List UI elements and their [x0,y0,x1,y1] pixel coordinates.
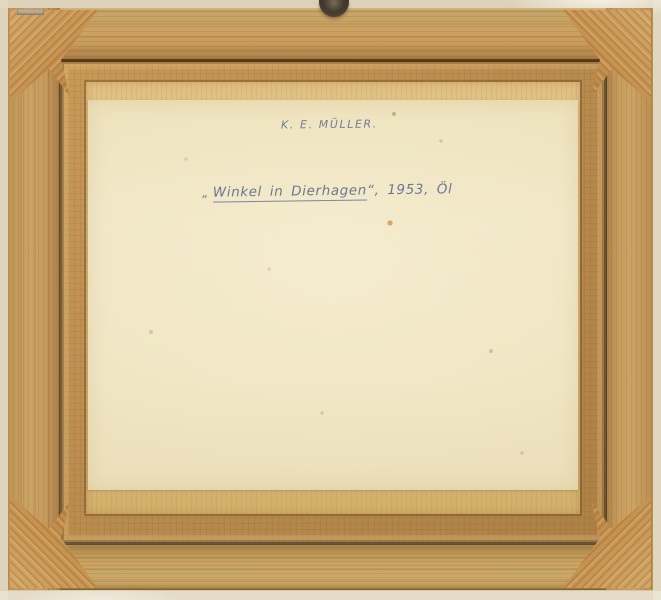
inscription-artist: K. E. MÜLLER. [281,117,378,131]
outer-frame-bottom-bar [8,544,653,590]
inscription-title-line: „Winkel in Dierhagen“, 1953, Öl [202,181,453,200]
artwork-title: Winkel in Dierhagen [213,182,367,202]
hinge-plate [17,9,44,15]
title-suffix: “, 1953, Öl [367,181,453,198]
painting-back-photo: K. E. MÜLLER. „Winkel in Dierhagen“, 195… [0,0,661,600]
age-spots [88,100,90,102]
backing-paper: K. E. MÜLLER. „Winkel in Dierhagen“, 195… [88,100,578,490]
open-quote: „ [202,186,209,200]
